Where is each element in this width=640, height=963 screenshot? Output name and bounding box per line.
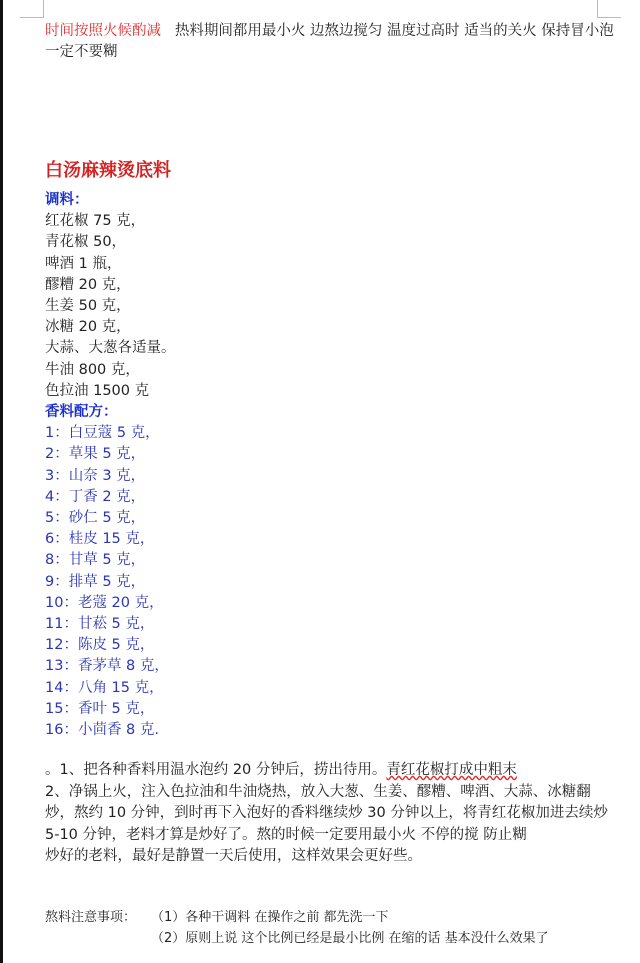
step-3: 炒好的老料，最好是静置一天后使用，这样效果会更好些。: [45, 846, 615, 868]
seasoning-item: 啤酒 1 瓶，: [45, 254, 176, 275]
ingredient-list: 调料： 红花椒 75 克， 青花椒 50， 啤酒 1 瓶， 醪糟 20 克， 生…: [45, 190, 176, 741]
cooking-notes: 熬料注意事项：（1）各种干调料 在操作之前 都先洗一下 （2）原则上说 这个比例…: [45, 907, 549, 949]
spellcheck-underlined-text: 青红花椒打成中粗末: [386, 762, 517, 778]
seasoning-item: 红花椒 75 克，: [45, 211, 176, 232]
spice-item: 4：丁香 2 克，: [45, 487, 176, 508]
step-2: 2、净锅上火，注入色拉油和牛油烧热，放入大葱、生姜、醪糟、啤酒、大蒜、冰糖翻炒，…: [45, 782, 615, 847]
note-item: （2）原则上说 这个比例已经是最小比例 在缩的话 基本没什么效果了: [151, 928, 549, 949]
seasoning-heading: 调料：: [45, 190, 176, 211]
spice-item: 14：八角 15 克，: [45, 678, 176, 699]
spice-item: 11：甘菘 5 克，: [45, 614, 176, 635]
spice-item: 8：甘草 5 克，: [45, 550, 176, 571]
seasoning-item: 醪糟 20 克，: [45, 275, 176, 296]
spice-item: 5：砂仁 5 克，: [45, 508, 176, 529]
spice-item: 9：排草 5 克，: [45, 572, 176, 593]
spice-item: 6：桂皮 15 克，: [45, 529, 176, 550]
top-note-red: 时间按照火候酌减: [45, 23, 161, 39]
seasoning-item: 大蒜、大葱各适量。: [45, 338, 176, 359]
step-1: 。1、把各种香料用温水泡约 20 分钟后，捞出待用。青红花椒打成中粗末: [45, 760, 615, 782]
steps: 。1、把各种香料用温水泡约 20 分钟后，捞出待用。青红花椒打成中粗末 2、净锅…: [45, 760, 615, 868]
spices-heading: 香料配方：: [45, 402, 176, 423]
recipe-title: 白汤麻辣烫底料: [45, 156, 171, 182]
spice-item: 10：老蔻 20 克，: [45, 593, 176, 614]
seasoning-item: 冰糖 20 克，: [45, 317, 176, 338]
notes-label: 熬料注意事项：: [45, 907, 151, 928]
step-1-text: 。1、把各种香料用温水泡约 20 分钟后，捞出待用。: [45, 762, 386, 778]
seasoning-item: 青花椒 50，: [45, 232, 176, 253]
note-item: （1）各种干调料 在操作之前 都先洗一下: [151, 907, 389, 928]
page-corner-mark: [597, 0, 621, 18]
spice-item: 3：山奈 3 克，: [45, 466, 176, 487]
seasoning-item: 色拉油 1500 克: [45, 381, 176, 402]
spice-item: 2：草果 5 克，: [45, 444, 176, 465]
page-edge: [0, 0, 3, 963]
spice-item: 13：香茅草 8 克，: [45, 656, 176, 677]
spice-item: 15：香叶 5 克，: [45, 699, 176, 720]
top-note: 时间按照火候酌减 热料期间都用最小火 边熬边搅匀 温度过高时 适当的关火 保持冒…: [45, 21, 615, 63]
seasoning-item: 生姜 50 克，: [45, 296, 176, 317]
seasoning-item: 牛油 800 克，: [45, 360, 176, 381]
page-corner-mark: [20, 0, 44, 18]
spice-item: 1：白豆蔻 5 克，: [45, 423, 176, 444]
spice-item: 12：陈皮 5 克，: [45, 635, 176, 656]
spice-item: 16：小茴香 8 克.: [45, 720, 176, 741]
